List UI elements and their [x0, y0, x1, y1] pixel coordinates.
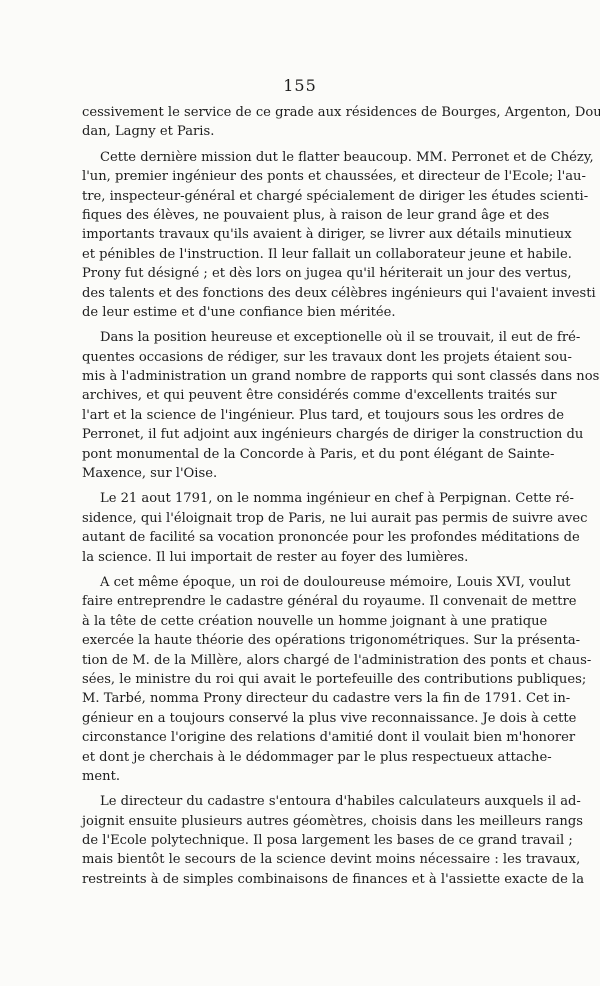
- text-line: fiques des élèves, ne pouvaient plus, à …: [82, 206, 530, 225]
- text-line: et dont je cherchais à le dédommager par…: [82, 748, 530, 767]
- page-number: 155: [0, 76, 600, 95]
- text-line: circonstance l'origine des relations d'a…: [82, 728, 530, 747]
- text-line: importants travaux qu'ils avaient à diri…: [82, 225, 530, 244]
- paragraph: A cet même époque, un roi de douloureuse…: [82, 573, 530, 786]
- text-line: exercée la haute théorie des opérations …: [82, 631, 530, 650]
- text-line: sidence, qui l'éloignait trop de Paris, …: [82, 509, 530, 528]
- text-line: l'art et la science de l'ingénieur. Plus…: [82, 406, 530, 425]
- text-line: et pénibles de l'instruction. Il leur fa…: [82, 245, 530, 264]
- text-line: autant de facilité sa vocation prononcée…: [82, 528, 530, 547]
- text-line: la science. Il lui importait de rester a…: [82, 548, 530, 567]
- paragraph: Dans la position heureuse et exceptionel…: [82, 328, 530, 483]
- text-line: de l'Ecole polytechnique. Il posa largem…: [82, 831, 530, 850]
- text-line: joignit ensuite plusieurs autres géomètr…: [82, 812, 530, 831]
- text-line: à la tête de cette création nouvelle un …: [82, 612, 530, 631]
- text-line: mais bientôt le secours de la science de…: [82, 850, 530, 869]
- text-line: Maxence, sur l'Oise.: [82, 464, 530, 483]
- text-line: dan, Lagny et Paris.: [82, 122, 530, 141]
- paragraph: Le directeur du cadastre s'entoura d'hab…: [82, 792, 530, 889]
- paragraph: Le 21 aout 1791, on le nomma ingénieur e…: [82, 489, 530, 567]
- text-line: cessivement le service de ce grade aux r…: [82, 103, 530, 122]
- body-text: cessivement le service de ce grade aux r…: [82, 103, 530, 889]
- paragraph: cessivement le service de ce grade aux r…: [82, 103, 530, 142]
- document-page: 155 cessivement le service de ce grade a…: [0, 0, 600, 986]
- text-line: l'un, premier ingénieur des ponts et cha…: [82, 167, 530, 186]
- text-line: A cet même époque, un roi de douloureuse…: [82, 573, 530, 592]
- text-line: de leur estime et d'une confiance bien m…: [82, 303, 530, 322]
- text-line: Le 21 aout 1791, on le nomma ingénieur e…: [82, 489, 530, 508]
- text-line: génieur en a toujours conservé la plus v…: [82, 709, 530, 728]
- text-line: Perronet, il fut adjoint aux ingénieurs …: [82, 425, 530, 444]
- text-line: Cette dernière mission dut le flatter be…: [82, 148, 530, 167]
- text-line: tion de M. de la Millère, alors chargé d…: [82, 651, 530, 670]
- text-line: M. Tarbé, nomma Prony directeur du cadas…: [82, 689, 530, 708]
- text-line: mis à l'administration un grand nombre d…: [82, 367, 530, 386]
- text-line: sées, le ministre du roi qui avait le po…: [82, 670, 530, 689]
- text-line: faire entreprendre le cadastre général d…: [82, 592, 530, 611]
- text-line: Le directeur du cadastre s'entoura d'hab…: [82, 792, 530, 811]
- text-line: des talents et des fonctions des deux cé…: [82, 284, 530, 303]
- text-line: tre, inspecteur-général et chargé spécia…: [82, 187, 530, 206]
- text-line: archives, et qui peuvent être considérés…: [82, 386, 530, 405]
- text-line: Dans la position heureuse et exceptionel…: [82, 328, 530, 347]
- text-line: pont monumental de la Concorde à Paris, …: [82, 445, 530, 464]
- text-line: restreints à de simples combinaisons de …: [82, 870, 530, 889]
- text-line: Prony fut désigné ; et dès lors on jugea…: [82, 264, 530, 283]
- text-line: quentes occasions de rédiger, sur les tr…: [82, 348, 530, 367]
- paragraph: Cette dernière mission dut le flatter be…: [82, 148, 530, 323]
- text-line: ment.: [82, 767, 530, 786]
